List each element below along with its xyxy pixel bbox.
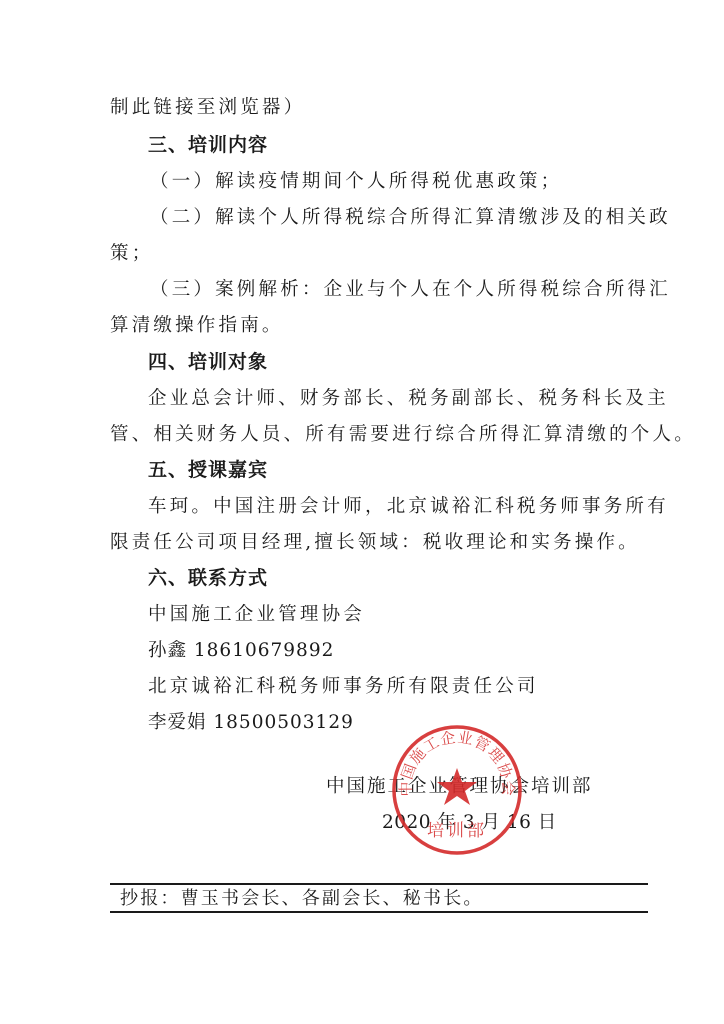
targets-text-2: 管、相关财务人员、所有需要进行综合所得汇算清缴的个人。	[110, 423, 696, 447]
content-item-3-cont: 算清缴操作指南。	[110, 314, 284, 338]
continuation-text: 制此链接至浏览器）	[110, 96, 305, 120]
cc-top-divider	[110, 883, 648, 885]
contact-person-1: 孙鑫 18610679892	[148, 639, 334, 663]
section-heading-lecturer: 五、授课嘉宾	[148, 458, 268, 482]
section-heading-training-content: 三、培训内容	[148, 133, 268, 157]
official-seal-icon: 中国施工企业管理协会 培训部	[391, 724, 523, 856]
cc-recipients: 抄报：曹玉书会长、各副会长、秘书长。	[120, 887, 484, 911]
section-heading-training-targets: 四、培训对象	[148, 350, 268, 374]
content-item-2: （二）解读个人所得税综合所得汇算清缴涉及的相关政	[150, 206, 671, 230]
contact-org-2: 北京诚裕汇科税务师事务所有限责任公司	[148, 675, 539, 699]
section-heading-contact: 六、联系方式	[148, 566, 268, 590]
content-item-3: （三）案例解析：企业与个人在个人所得税综合所得汇	[150, 278, 671, 302]
cc-bottom-divider	[110, 911, 648, 913]
contact-person-2: 李爱娟 18500503129	[148, 711, 354, 735]
svg-text:培训部: 培训部	[427, 821, 487, 841]
content-item-2-cont: 策；	[110, 242, 153, 266]
contact-org-1: 中国施工企业管理协会	[148, 603, 365, 627]
targets-text-1: 企业总会计师、财务部长、税务副部长、税务科长及主	[148, 387, 669, 411]
content-item-1: （一）解读疫情期间个人所得税优惠政策；	[150, 170, 562, 194]
lecturer-text-2: 限责任公司项目经理,擅长领域：税收理论和实务操作。	[110, 531, 640, 555]
lecturer-text-1: 车珂。中国注册会计师，北京诚裕汇科税务师事务所有	[148, 495, 669, 519]
